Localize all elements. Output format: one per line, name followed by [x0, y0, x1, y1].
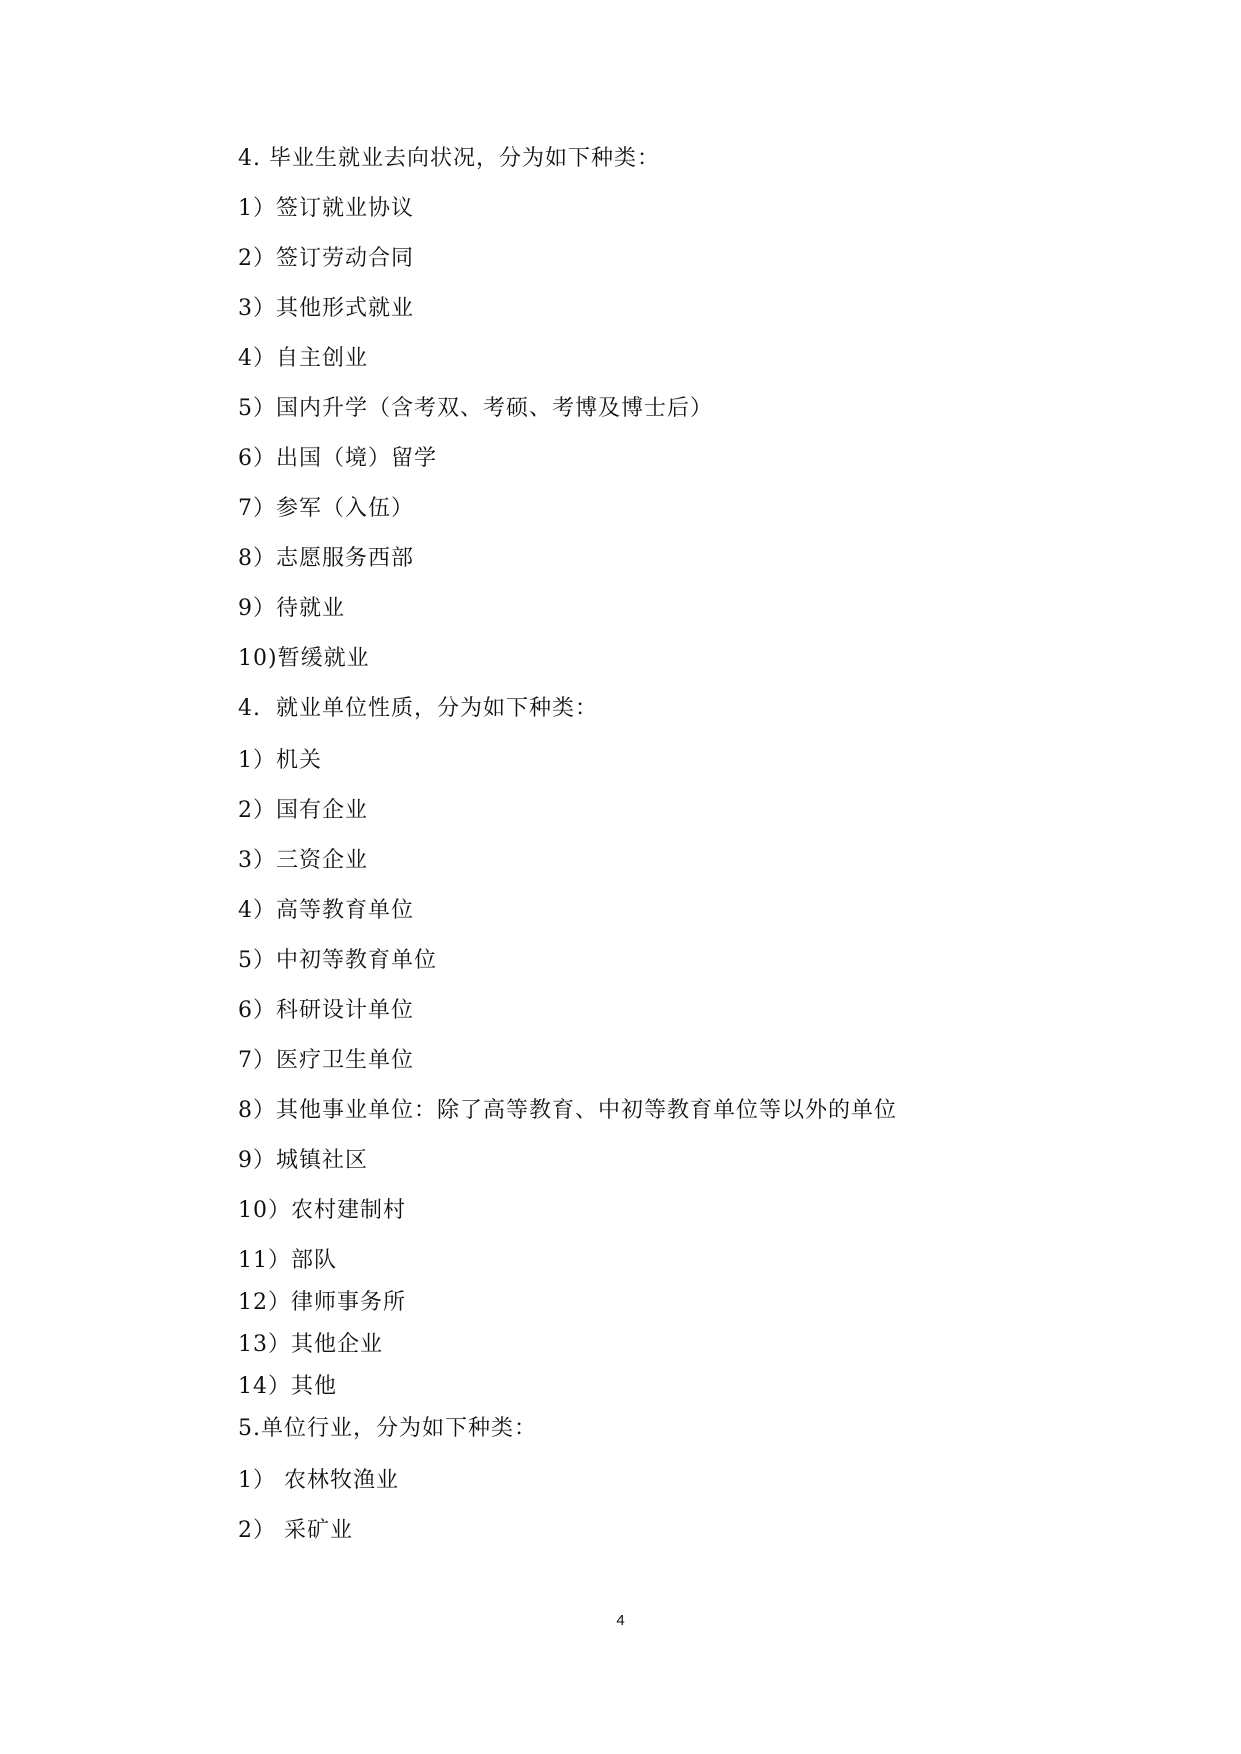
list-item: 8）志愿服务西部: [238, 546, 414, 572]
list-item: 1） 农林牧渔业: [238, 1468, 399, 1494]
list-item: 9）城镇社区: [238, 1148, 368, 1174]
list-item: 12）律师事务所: [238, 1290, 406, 1316]
list-item: 6）出国（境）留学: [238, 446, 437, 472]
list-item: 10)暂缓就业: [238, 646, 370, 672]
list-item: 13）其他企业: [238, 1332, 383, 1358]
page-number: 4: [0, 1612, 1241, 1629]
list-item: 14）其他: [238, 1374, 337, 1400]
section-heading-employment-status: 4. 毕业生就业去向状况，分为如下种类：: [238, 146, 660, 172]
list-item: 8）其他事业单位：除了高等教育、中初等教育单位等以外的单位: [238, 1098, 897, 1124]
list-item: 2）签订劳动合同: [238, 246, 414, 272]
list-item: 1）机关: [238, 748, 322, 774]
list-item: 6）科研设计单位: [238, 998, 414, 1024]
list-item: 2） 采矿业: [238, 1518, 353, 1544]
section-heading-industry: 5.单位行业，分为如下种类：: [238, 1416, 537, 1442]
list-item: 9）待就业: [238, 596, 345, 622]
list-item: 3）三资企业: [238, 848, 368, 874]
list-item: 4）高等教育单位: [238, 898, 414, 924]
list-item: 2）国有企业: [238, 798, 368, 824]
list-item: 5）中初等教育单位: [238, 948, 437, 974]
section-heading-unit-nature: 4.就业单位性质，分为如下种类：: [238, 696, 598, 722]
list-item: 10）农村建制村: [238, 1198, 406, 1224]
list-item: 7）医疗卫生单位: [238, 1048, 414, 1074]
list-item: 7）参军（入伍）: [238, 496, 414, 522]
list-item: 1）签订就业协议: [238, 196, 414, 222]
list-item: 3）其他形式就业: [238, 296, 414, 322]
list-item: 5）国内升学（含考双、考硕、考博及博士后）: [238, 396, 713, 422]
list-item: 4）自主创业: [238, 346, 368, 372]
list-item: 11）部队: [238, 1248, 337, 1274]
